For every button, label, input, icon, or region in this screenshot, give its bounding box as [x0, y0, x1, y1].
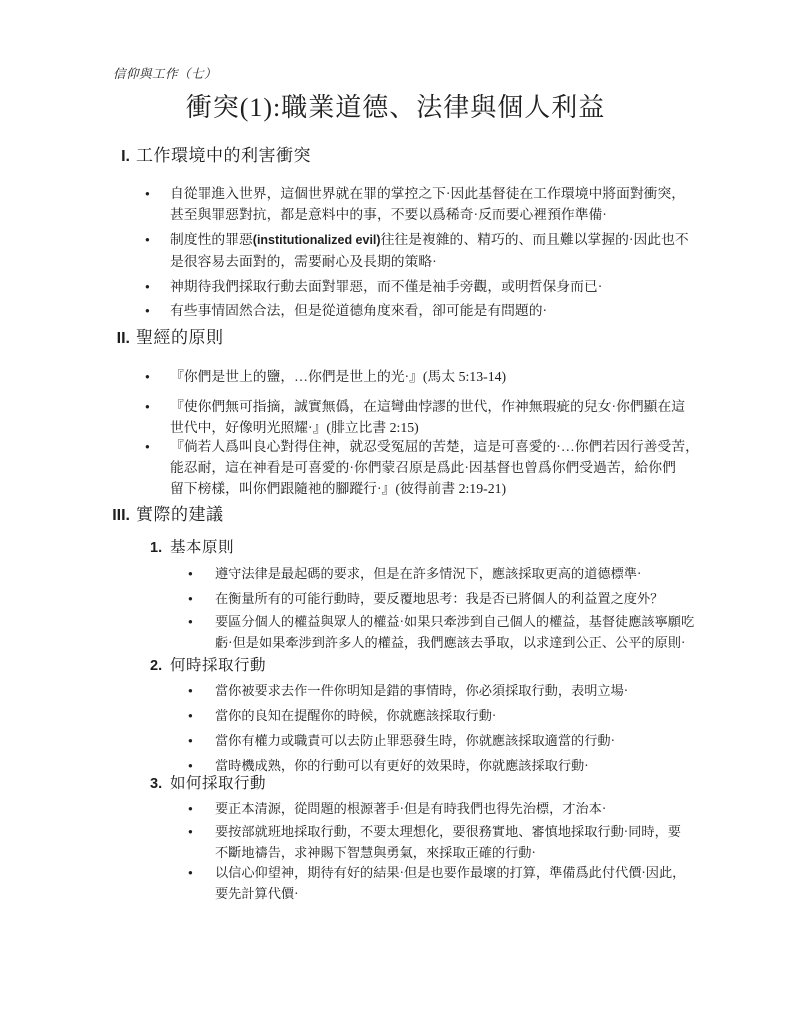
list-item: ●要按部就班地採取行動，不要太理想化，要很務實地、審慎地採取行動·同時，要不斷地… — [188, 821, 681, 863]
bullet-text: 當你被要求去作一件你明知是錯的事情時，你必須採取行動，表明立場· — [215, 680, 628, 701]
subsection-title: 何時採取行動 — [170, 656, 266, 675]
bullet-icon: ● — [188, 798, 215, 819]
list-item: ●當你被要求去作一件你明知是錯的事情時，你必須採取行動，表明立場· — [188, 680, 628, 701]
text-line: 『你們是世上的鹽，…你們是世上的光·』(馬太 5:13-14) — [170, 366, 506, 387]
subsection-number: 3. — [150, 775, 170, 794]
text-line: 當你被要求去作一件你明知是錯的事情時，你必須採取行動，表明立場· — [215, 680, 628, 701]
text-line: 在衡量所有的可能行動時，要反覆地思考：我是否已將個人的利益置之度外？ — [215, 588, 663, 609]
text-line: 神期待我們採取行動去面對罪惡，而不僅是袖手旁觀，或明哲保身而已· — [170, 276, 602, 297]
list-item: ●制度性的罪惡(institutionalized evil)往往是複雜的、精巧… — [145, 229, 689, 272]
bullet-text: 當時機成熟，你的行動可以有更好的效果時，你就應該採取行動· — [215, 755, 589, 776]
bullet-icon: ● — [188, 821, 215, 863]
text-segment: 制度性的罪惡 — [170, 232, 253, 247]
text-line: 有些事情固然合法，但是從道德角度來看，卻可能是有問題的· — [170, 300, 547, 321]
text-line: 不斷地禱告，求神賜下智慧與勇氣，來採取正確的行動· — [215, 842, 681, 863]
bullet-text: 遵守法律是最起碼的要求，但是在許多情況下，應該採取更高的道德標準· — [215, 563, 641, 584]
section-heading: II.聖經的原則 — [100, 328, 224, 349]
bullet-icon: ● — [145, 436, 170, 499]
section-title: 工作環境中的利害衝突 — [136, 146, 311, 166]
bullet-icon: ● — [145, 366, 170, 387]
text-line: 當你有權力或職責可以去防止罪惡發生時，你就應該採取適當的行動· — [215, 730, 615, 751]
bullet-icon: ● — [145, 229, 170, 272]
list-item: ●遵守法律是最起碼的要求，但是在許多情況下，應該採取更高的道德標準· — [188, 563, 641, 584]
list-item: ●神期待我們採取行動去面對罪惡，而不僅是袖手旁觀，或明哲保身而已· — [145, 276, 602, 297]
bullet-icon: ● — [188, 588, 215, 609]
bullet-icon: ● — [145, 183, 170, 225]
text-line: 當時機成熟，你的行動可以有更好的效果時，你就應該採取行動· — [215, 755, 589, 776]
list-item: ●『你們是世上的鹽，…你們是世上的光·』(馬太 5:13-14) — [145, 366, 506, 387]
text-line: 要按部就班地採取行動，不要太理想化，要很務實地、審慎地採取行動·同時，要 — [215, 821, 681, 842]
bullet-icon: ● — [188, 705, 215, 726]
section-title: 聖經的原則 — [136, 328, 224, 348]
bullet-text: 當你的良知在提醒你的時候，你就應該採取行動· — [215, 705, 496, 726]
subsection-number: 2. — [150, 657, 170, 676]
bullet-text: 『倘若人爲叫良心對得住神，就忍受冤屈的苦楚，這是可喜愛的·…你們若因行善受苦，能… — [170, 436, 699, 499]
bullet-text: 有些事情固然合法，但是從道德角度來看，卻可能是有問題的· — [170, 300, 547, 321]
bullet-text: 要按部就班地採取行動，不要太理想化，要很務實地、審慎地採取行動·同時，要不斷地禱… — [215, 821, 681, 863]
list-item: ●當你的良知在提醒你的時候，你就應該採取行動· — [188, 705, 496, 726]
section-heading: III.實際的建議 — [100, 505, 224, 526]
text-line: 以信心仰望神，期待有好的結果·但是也要作最壞的打算，準備爲此付代價·因此， — [215, 862, 685, 883]
bullet-icon: ● — [188, 611, 215, 653]
bullet-text: 在衡量所有的可能行動時，要反覆地思考：我是否已將個人的利益置之度外？ — [215, 588, 663, 609]
bullet-icon: ● — [145, 276, 170, 297]
bullet-text: 制度性的罪惡(institutionalized evil)往往是複雜的、精巧的… — [170, 229, 689, 272]
bullet-text: 『你們是世上的鹽，…你們是世上的光·』(馬太 5:13-14) — [170, 366, 506, 387]
list-item: ●要區分個人的權益與眾人的權益·如果只牽涉到自己個人的權益，基督徒應該寧願吃虧·… — [188, 611, 694, 653]
text-line: 要先計算代價· — [215, 883, 685, 904]
text-segment: 往往是複雜的、精巧的、而且難以掌握的·因此也不 — [381, 232, 689, 247]
section-numeral: II. — [100, 329, 136, 349]
text-segment: (institutionalized evil) — [253, 233, 381, 247]
list-item: ●以信心仰望神，期待有好的結果·但是也要作最壞的打算，準備爲此付代價·因此，要先… — [188, 862, 685, 904]
list-item: ●有些事情固然合法，但是從道德角度來看，卻可能是有問題的· — [145, 300, 547, 321]
text-line: 要區分個人的權益與眾人的權益·如果只牽涉到自己個人的權益，基督徒應該寧願吃 — [215, 611, 694, 632]
subsection-heading: 1.基本原則 — [150, 538, 234, 558]
text-line: 自從罪進入世界，這個世界就在罪的掌控之下·因此基督徒在工作環境中將面對衝突， — [170, 183, 685, 204]
bullet-text: 要正本清源，從問題的根源著手·但是有時我們也得先治標，才治本· — [215, 798, 606, 819]
subsection-heading: 3.如何採取行動 — [150, 774, 266, 794]
document-page: 信仰與工作（七） 衝突(1):職業道德、法律與個人利益 I.工作環境中的利害衝突… — [0, 0, 791, 1024]
bullet-text: 神期待我們採取行動去面對罪惡，而不僅是袖手旁觀，或明哲保身而已· — [170, 276, 602, 297]
list-item: ●當時機成熟，你的行動可以有更好的效果時，你就應該採取行動· — [188, 755, 589, 776]
bullet-icon: ● — [188, 680, 215, 701]
bullet-text: 當你有權力或職責可以去防止罪惡發生時，你就應該採取適當的行動· — [215, 730, 615, 751]
section-numeral: I. — [100, 147, 136, 167]
text-line: 留下榜樣，叫你們跟隨祂的腳蹤行·』(彼得前書 2:19-21) — [170, 478, 699, 499]
bullet-icon: ● — [188, 563, 215, 584]
subsection-title: 基本原則 — [170, 538, 234, 557]
bullet-text: 『使你們無可指摘，誠實無僞，在這彎曲悖謬的世代，作神無瑕疵的兒女·你們顯在這世代… — [170, 396, 685, 438]
page-title: 衝突(1):職業道德、法律與個人利益 — [0, 91, 791, 125]
bullet-icon: ● — [188, 755, 215, 776]
text-line: 『倘若人爲叫良心對得住神，就忍受冤屈的苦楚，這是可喜愛的·…你們若因行善受苦， — [170, 436, 699, 457]
section-numeral: III. — [100, 506, 136, 526]
bullet-icon: ● — [188, 862, 215, 904]
list-item: ●當你有權力或職責可以去防止罪惡發生時，你就應該採取適當的行動· — [188, 730, 615, 751]
subsection-title: 如何採取行動 — [170, 774, 266, 793]
subsection-number: 1. — [150, 539, 170, 558]
text-line: 甚至與罪惡對抗，都是意料中的事，不要以爲稀奇·反而要心裡預作準備· — [170, 204, 685, 225]
section-title: 實際的建議 — [136, 505, 224, 525]
text-line: 『使你們無可指摘，誠實無僞，在這彎曲悖謬的世代，作神無瑕疵的兒女·你們顯在這 — [170, 396, 685, 417]
list-item: ●『使你們無可指摘，誠實無僞，在這彎曲悖謬的世代，作神無瑕疵的兒女·你們顯在這世… — [145, 396, 685, 438]
bullet-text: 要區分個人的權益與眾人的權益·如果只牽涉到自己個人的權益，基督徒應該寧願吃虧·但… — [215, 611, 694, 653]
text-line: 要正本清源，從問題的根源著手·但是有時我們也得先治標，才治本· — [215, 798, 606, 819]
text-line: 遵守法律是最起碼的要求，但是在許多情況下，應該採取更高的道德標準· — [215, 563, 641, 584]
text-line: 虧·但是如果牽涉到許多人的權益，我們應該去爭取，以求達到公正、公平的原則· — [215, 632, 694, 653]
text-line: 世代中，好像明光照耀·』(腓立比書 2:15) — [170, 417, 685, 438]
text-line: 是很容易去面對的，需要耐心及長期的策略· — [170, 251, 689, 272]
bullet-icon: ● — [145, 396, 170, 438]
text-line: 能忍耐，這在神看是可喜愛的·你們蒙召原是爲此·因基督也曾爲你們受過苦，給你們 — [170, 457, 699, 478]
list-item: ●『倘若人爲叫良心對得住神，就忍受冤屈的苦楚，這是可喜愛的·…你們若因行善受苦，… — [145, 436, 699, 499]
list-item: ●要正本清源，從問題的根源著手·但是有時我們也得先治標，才治本· — [188, 798, 606, 819]
bullet-icon: ● — [145, 300, 170, 321]
list-item: ●自從罪進入世界，這個世界就在罪的掌控之下·因此基督徒在工作環境中將面對衝突，甚… — [145, 183, 685, 225]
bullet-icon: ● — [188, 730, 215, 751]
section-heading: I.工作環境中的利害衝突 — [100, 146, 311, 167]
series-label: 信仰與工作（七） — [113, 67, 217, 81]
subsection-heading: 2.何時採取行動 — [150, 656, 266, 676]
text-line: 當你的良知在提醒你的時候，你就應該採取行動· — [215, 705, 496, 726]
text-line: 制度性的罪惡(institutionalized evil)往往是複雜的、精巧的… — [170, 229, 689, 251]
bullet-text: 自從罪進入世界，這個世界就在罪的掌控之下·因此基督徒在工作環境中將面對衝突，甚至… — [170, 183, 685, 225]
bullet-text: 以信心仰望神，期待有好的結果·但是也要作最壞的打算，準備爲此付代價·因此，要先計… — [215, 862, 685, 904]
list-item: ●在衡量所有的可能行動時，要反覆地思考：我是否已將個人的利益置之度外？ — [188, 588, 663, 609]
